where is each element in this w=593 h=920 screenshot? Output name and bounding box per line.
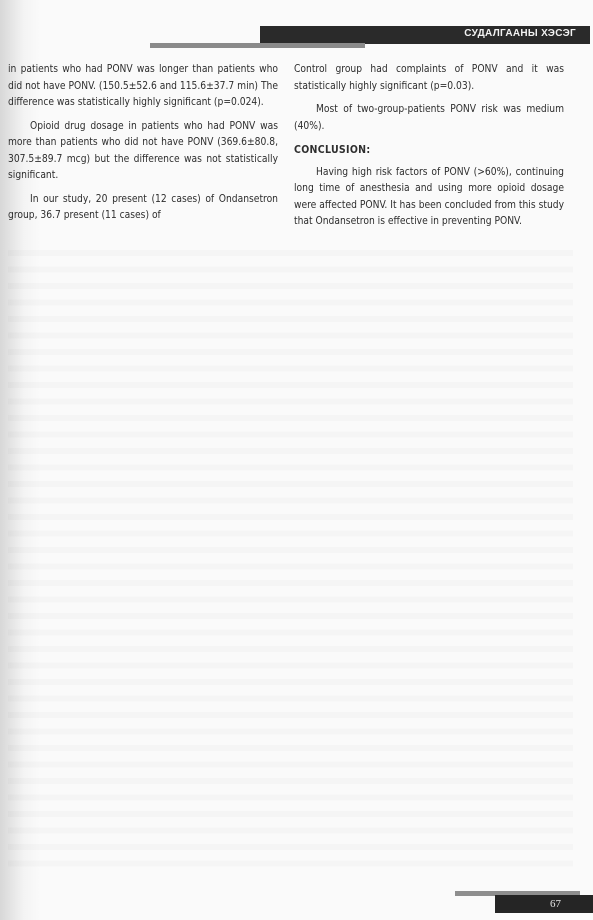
left-column: in patients who had PONV was longer than… <box>8 62 278 232</box>
paragraph-control-group: Control group had complaints of PONV and… <box>294 62 564 95</box>
paragraph-anesthesia-duration: in patients who had PONV was longer than… <box>8 62 278 112</box>
running-header-bar: СУДАЛГААНЫ ХЭСЭГ <box>260 26 590 44</box>
show-through-texture <box>8 250 573 870</box>
right-column: Control group had complaints of PONV and… <box>294 62 564 238</box>
conclusion-heading: CONCLUSION: <box>294 142 564 159</box>
paragraph-opioid-dosage: Opioid drug dosage in patients who had P… <box>8 119 278 185</box>
paragraph-study-results: In our study, 20 present (12 cases) of O… <box>8 192 278 225</box>
page-number: 67 <box>550 898 561 910</box>
section-title: СУДАЛГААНЫ ХЭСЭГ <box>464 28 576 39</box>
conclusion-paragraph: Having high risk factors of PONV (>60%),… <box>294 165 564 231</box>
footer-bar <box>495 895 593 913</box>
header-rule <box>150 43 365 48</box>
paragraph-risk-level: Most of two-group-patients PONV risk was… <box>294 102 564 135</box>
